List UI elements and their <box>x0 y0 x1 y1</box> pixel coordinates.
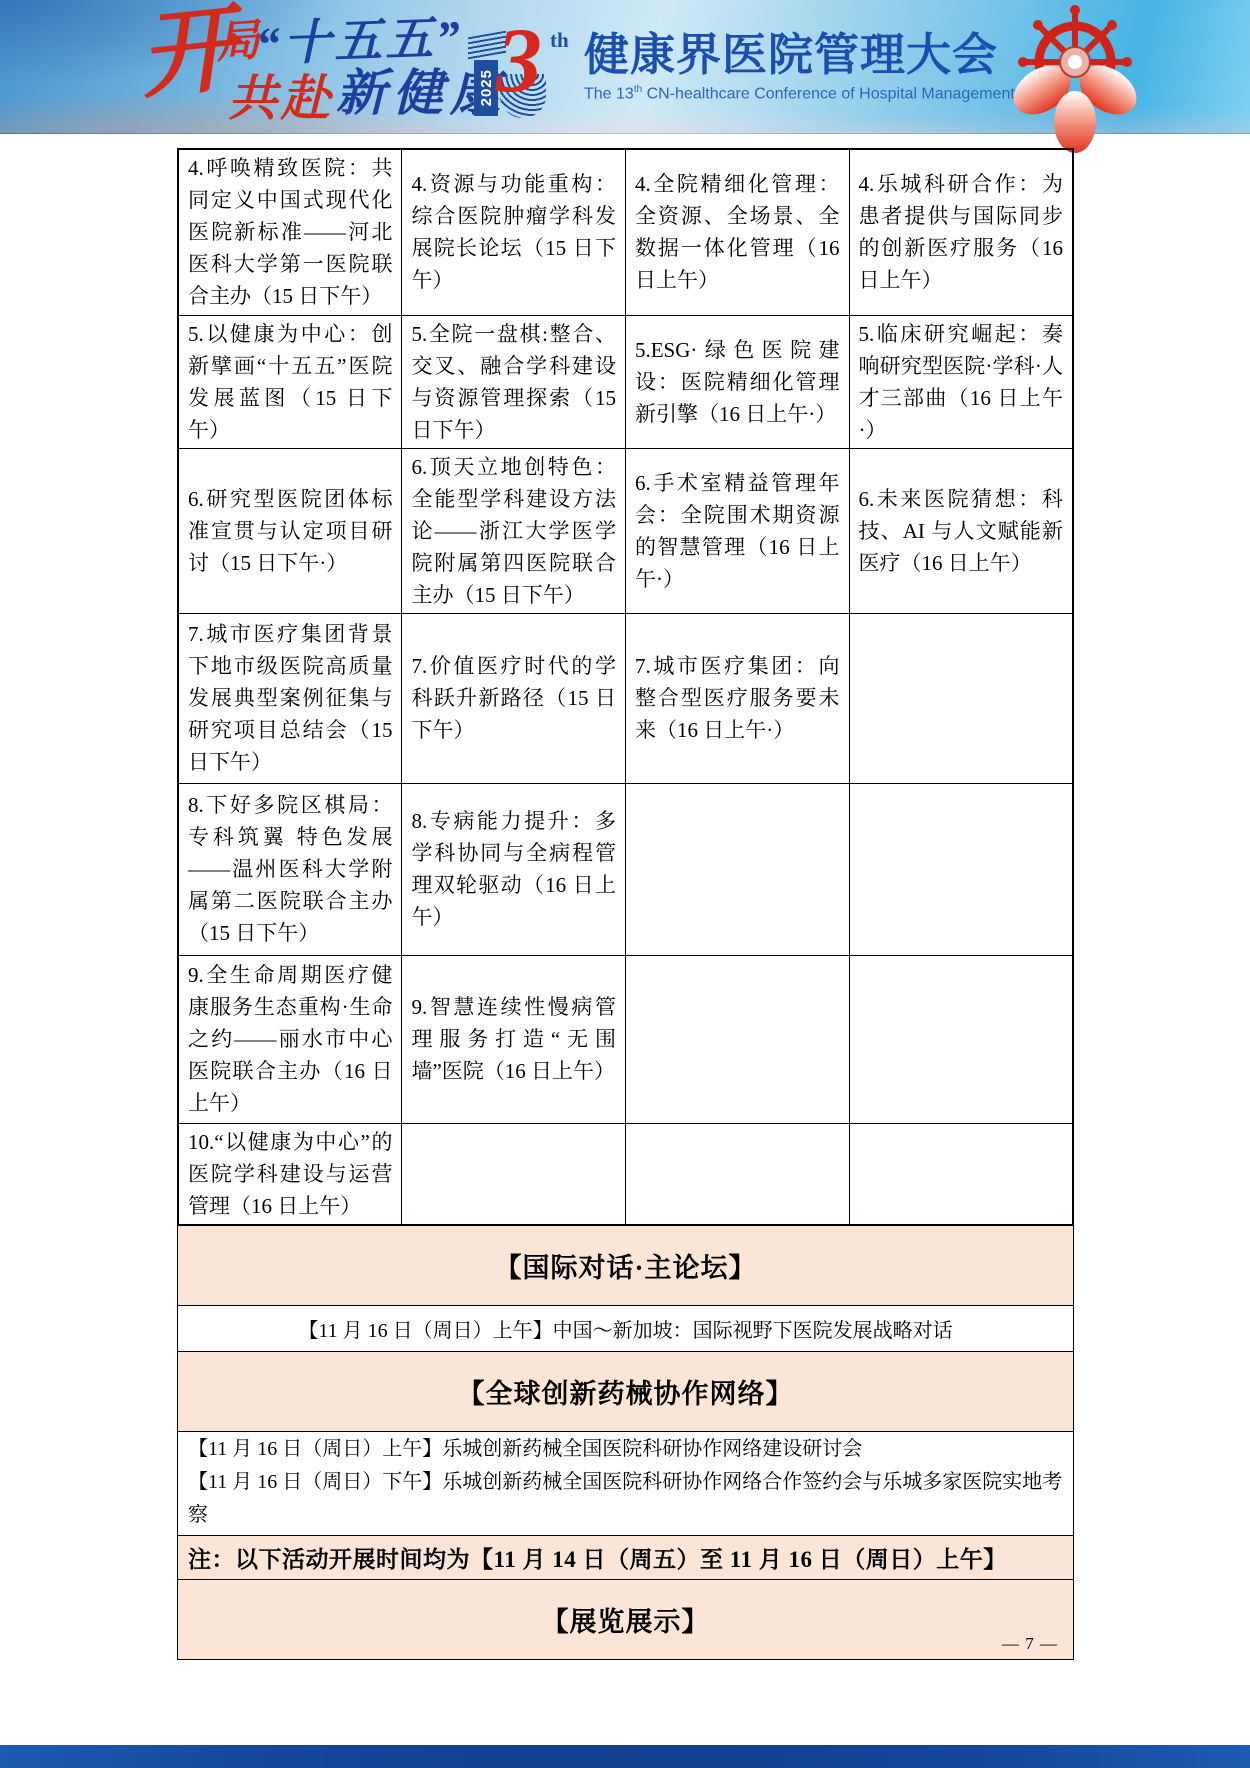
conference-title: 健康界医院管理大会 <box>584 30 1004 82</box>
session-cell <box>849 1123 1073 1225</box>
table-row: 6.研究型医院团体标准宣贯与认定项目研讨（15 日下午·） 6.顶天立地创特色：… <box>178 448 1073 613</box>
session-cell <box>625 783 849 955</box>
bottom-blue-bar <box>0 1745 1250 1768</box>
conference-subtitle: The 13th CN-healthcare Conference of Hos… <box>584 84 1004 103</box>
table-row: 7.城市医疗集团背景下地市级医院高质量发展典型案例征集与研究项目总结会（15 日… <box>178 613 1073 783</box>
session-cell: 4.资源与功能重构：综合医院肿瘤学科发展院长论坛（15 日下午） <box>402 149 626 315</box>
session-cell: 4.全院精细化管理：全资源、全场景、全数据一体化管理（16 日上午） <box>625 149 849 315</box>
schedule-note: 注：以下活动开展时间均为【11 月 14 日（周五）至 11 月 16 日（周日… <box>177 1536 1074 1580</box>
session-cell: 7.价值医疗时代的学科跃升新路径（15 日下午） <box>402 613 626 783</box>
table-row: 4.呼唤精致医院：共同定义中国式现代化医院新标准——河北医科大学第一医院联合主办… <box>178 149 1073 315</box>
slogan-calligraphy: 开 局 “十五五” 共赴 新健康 <box>140 14 470 130</box>
session-cell: 6.未来医院猜想：科技、AI 与人文赋能新医疗（16 日上午） <box>849 448 1073 613</box>
session-cell: 7.城市医疗集团背景下地市级医院高质量发展典型案例征集与研究项目总结会（15 日… <box>178 613 402 783</box>
banner-global-network: 【全球创新药械协作网络】 <box>177 1352 1074 1432</box>
title-block: 健康界医院管理大会 The 13th CN-healthcare Confere… <box>584 30 1004 103</box>
table-row: 5.以健康为中心：创新擘画“十五五”医院发展蓝图（15 日下午） 5.全院一盘棋… <box>178 315 1073 448</box>
session-cell: 4.乐城科研合作：为患者提供与国际同步的创新医疗服务（16 日上午） <box>849 149 1073 315</box>
slogan-gongfu: 共赴 <box>228 74 334 123</box>
logo-digit-three: 3 <box>496 14 542 106</box>
session-cell: 8.下好多院区棋局：专科筑翼 特色发展——温州医科大学附属第二医院联合主办（15… <box>178 783 402 955</box>
session-cell <box>625 955 849 1123</box>
session-cell: 10.“以健康为中心”的医院学科建设与运营管理（16 日上午） <box>178 1123 402 1225</box>
slogan-shiwuwu: “十五五” <box>255 14 464 69</box>
session-cell <box>849 955 1073 1123</box>
program-table: 4.呼唤精致医院：共同定义中国式现代化医院新标准——河北医科大学第一医院联合主办… <box>177 148 1074 1226</box>
subtitle-post: CN-healthcare Conference of Hospital Man… <box>642 85 1015 102</box>
table-row: 8.下好多院区棋局：专科筑翼 特色发展——温州医科大学附属第二医院联合主办（15… <box>178 783 1073 955</box>
session-cell: 5.ESG·绿色医院建设：医院精细化管理新引擎（16 日上午·） <box>625 315 849 448</box>
subtitle-pre: The 13 <box>584 85 634 102</box>
subtitle-sup: th <box>634 84 642 95</box>
session-cell: 6.手术室精益管理年会：全院围术期资源的智慧管理（16 日上午·） <box>625 448 849 613</box>
ship-wheel-icon <box>1000 2 1150 157</box>
logo-th-suffix: th <box>550 28 569 53</box>
session-cell: 9.全生命周期医疗健康服务生态重构·生命之约——丽水市中心医院联合主办（16 日… <box>178 955 402 1123</box>
table-row: 10.“以健康为中心”的医院学科建设与运营管理（16 日上午） <box>178 1123 1073 1225</box>
session-cell: 5.全院一盘棋:整合、交叉、融合学科建设与资源管理探索（15 日下午） <box>402 315 626 448</box>
international-dialogue-detail: 【11 月 16 日（周日）上午】中国～新加坡：国际视野下医院发展战略对话 <box>177 1306 1074 1352</box>
logo-year-bar: 2025 <box>474 60 498 116</box>
logo-year-text: 2025 <box>478 69 495 106</box>
global-network-details: 【11 月 16 日（周日）上午】乐城创新药械全国医院科研协作网络建设研讨会 【… <box>177 1432 1074 1536</box>
banner-exhibition: 【展览展示】 <box>177 1580 1074 1660</box>
global-detail-line1: 【11 月 16 日（周日）上午】乐城创新药械全国医院科研协作网络建设研讨会 <box>188 1433 1063 1466</box>
session-cell: 5.临床研究崛起：奏响研究型医院·学科·人才三部曲（16 日上午·） <box>849 315 1073 448</box>
session-cell: 7.城市医疗集团：向整合型医疗服务要未来（16 日上午·） <box>625 613 849 783</box>
session-cell: 6.研究型医院团体标准宣贯与认定项目研讨（15 日下午·） <box>178 448 402 613</box>
session-cell: 5.以健康为中心：创新擘画“十五五”医院发展蓝图（15 日下午） <box>178 315 402 448</box>
session-cell <box>849 613 1073 783</box>
session-cell: 4.呼唤精致医院：共同定义中国式现代化医院新标准——河北医科大学第一医院联合主办… <box>178 149 402 315</box>
header-banner: 开 局 “十五五” 共赴 新健康 2025 3 th 健康界医院管理大会 The… <box>0 0 1250 134</box>
session-cell: 6.顶天立地创特色：全能型学科建设方法论——浙江大学医学院附属第四医院联合主办（… <box>402 448 626 613</box>
session-cell: 9.智慧连续性慢病管理服务打造“无围墙”医院（16 日上午） <box>402 955 626 1123</box>
banner-international-dialogue: 【国际对话·主论坛】 <box>177 1226 1074 1306</box>
conference-13th-logo: 2025 3 th <box>466 30 576 130</box>
session-cell <box>625 1123 849 1225</box>
session-cell <box>402 1123 626 1225</box>
program-content: 4.呼唤精致医院：共同定义中国式现代化医院新标准——河北医科大学第一医院联合主办… <box>177 148 1074 1660</box>
session-cell <box>849 783 1073 955</box>
global-detail-line2: 【11 月 16 日（周日）下午】乐城创新药械全国医院科研协作网络合作签约会与乐… <box>188 1466 1063 1532</box>
page-number: — 7 — <box>995 1634 1065 1654</box>
session-cell: 8.专病能力提升：多学科协同与全病程管理双轮驱动（16 日上午） <box>402 783 626 955</box>
table-row: 9.全生命周期医疗健康服务生态重构·生命之约——丽水市中心医院联合主办（16 日… <box>178 955 1073 1123</box>
